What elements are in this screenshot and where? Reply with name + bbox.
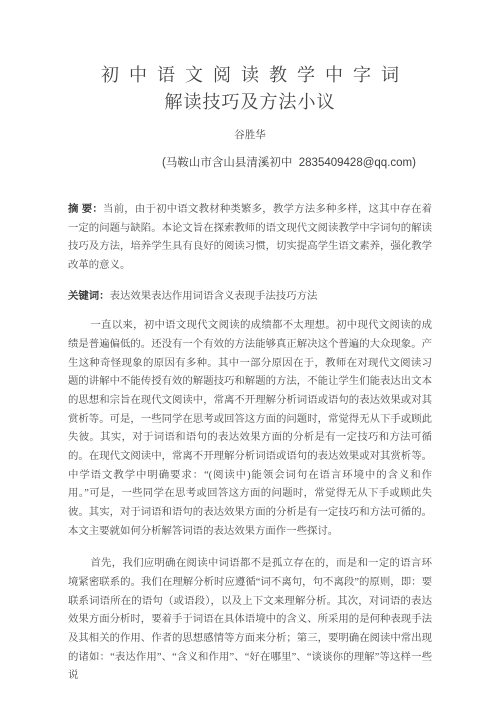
keywords-label: 关键词： bbox=[68, 291, 110, 302]
abstract-section: 摘 要：当前，由于初中语文教材种类繁多，教学方法多种多样，这其中存在着一定的问题… bbox=[68, 201, 432, 275]
paper-page: 初中语文阅读教学中字词 解读技巧及方法小议 谷胜华 (马鞍山市含山县清溪初中 2… bbox=[0, 0, 500, 707]
author-affiliation: (马鞍山市含山县清溪初中 2835409428@qq.com) bbox=[68, 155, 432, 171]
paper-title-line-2: 解读技巧及方法小议 bbox=[68, 89, 432, 116]
body-paragraph-2: 首先，我们应明确在阅读中词语都不是孤立存在的，而是和一定的语言环境紧密联系的。我… bbox=[68, 555, 432, 686]
author-name: 谷胜华 bbox=[68, 128, 432, 143]
keywords-text: 表达效果表达作用词语含义表现手法技巧方法 bbox=[110, 291, 318, 302]
abstract-label: 摘 要： bbox=[68, 204, 103, 215]
body-paragraph-1: 一直以来，初中语文现代文阅读的成绩都不太理想。初中现代文阅读的成绩是普遍偏低的。… bbox=[68, 317, 432, 541]
paper-title: 初中语文阅读教学中字词 解读技巧及方法小议 bbox=[68, 62, 432, 116]
paper-title-line-1: 初中语文阅读教学中字词 bbox=[68, 62, 432, 89]
keywords-section: 关键词：表达效果表达作用词语含义表现手法技巧方法 bbox=[68, 288, 432, 307]
abstract-text: 当前，由于初中语文教材种类繁多，教学方法多种多样，这其中存在着一定的问题与缺陷。… bbox=[68, 204, 432, 271]
